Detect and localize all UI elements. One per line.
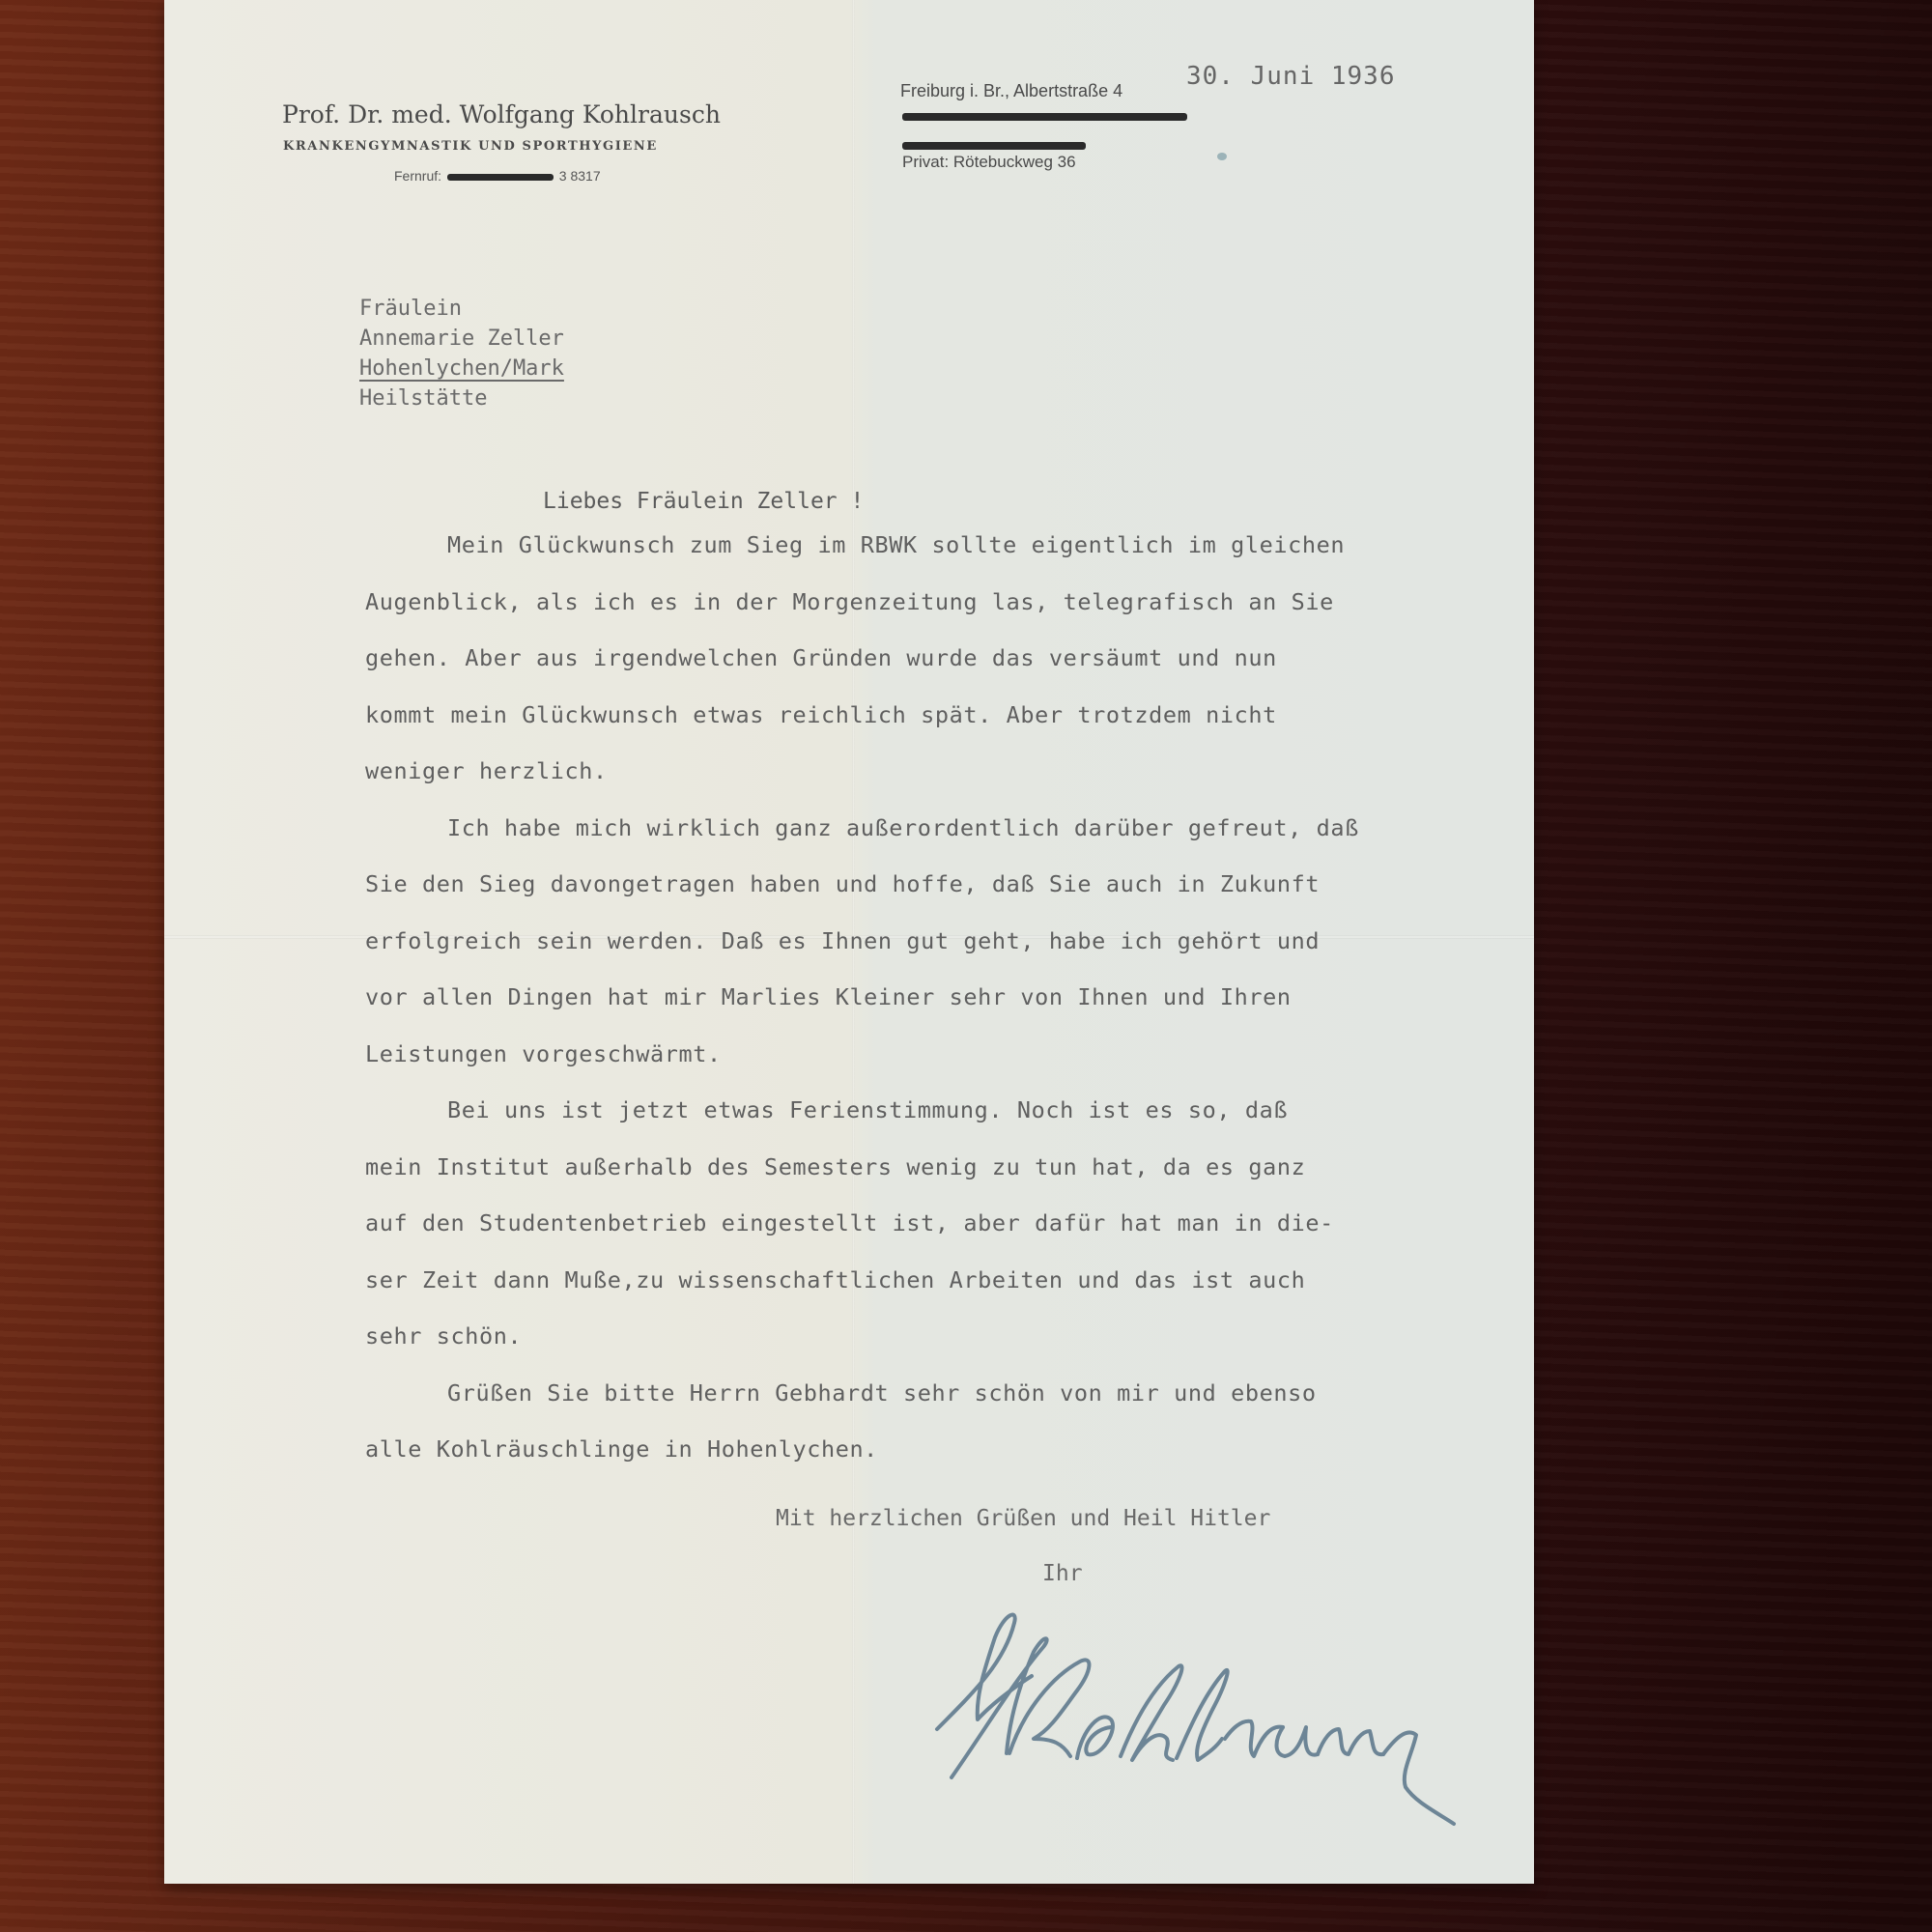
- closing-line: Mit herzlichen Grüßen und Heil Hitler: [776, 1506, 1270, 1531]
- body-line: vor allen Dingen hat mir Marlies Kleiner…: [365, 983, 1292, 1010]
- body-line: Bei uns ist jetzt etwas Ferienstimmung. …: [447, 1096, 1288, 1123]
- letterhead-phone: Fernruf: 3 8317: [394, 168, 601, 184]
- body-line: alle Kohlräuschlinge in Hohenlychen.: [365, 1435, 878, 1463]
- body-line: erfolgreich sein werden. Daß es Ihnen gu…: [365, 927, 1320, 954]
- letterhead-subtitle: KRANKENGYMNASTIK UND SPORTHYGIENE: [283, 139, 658, 154]
- recipient-line: Heilstätte: [359, 384, 564, 413]
- body-line: Mein Glückwunsch zum Sieg im RBWK sollte…: [447, 531, 1345, 558]
- recipient-line: Fräulein: [359, 294, 564, 324]
- redaction-mark: [902, 113, 1187, 121]
- letterhead-private-address: Privat: Rötebuckweg 36: [902, 153, 1076, 172]
- body-line: gehen. Aber aus irgendwelchen Gründen wu…: [365, 644, 1277, 671]
- body-line: ser Zeit dann Muße,zu wissenschaftlichen…: [365, 1266, 1305, 1293]
- recipient-address: Fräulein Annemarie Zeller Hohenlychen/Ma…: [359, 294, 564, 413]
- letterhead-address: Freiburg i. Br., Albertstraße 4: [900, 81, 1122, 101]
- body-line: mein Institut außerhalb des Semesters we…: [365, 1153, 1305, 1180]
- letterhead-name: Prof. Dr. med. Wolfgang Kohlrausch: [282, 100, 721, 128]
- body-line: Sie den Sieg davongetragen haben und hof…: [365, 870, 1320, 897]
- body-line: weniger herzlich.: [365, 757, 608, 784]
- closing-pronoun: Ihr: [1042, 1561, 1083, 1586]
- redaction-mark: [447, 174, 554, 181]
- body-line: Grüßen Sie bitte Herrn Gebhardt sehr sch…: [447, 1379, 1317, 1406]
- recipient-line: Annemarie Zeller: [359, 324, 564, 354]
- ink-spot: [1217, 153, 1227, 160]
- body-line: Augenblick, als ich es in der Morgenzeit…: [365, 588, 1334, 615]
- letter-date: 30. Juni 1936: [1186, 62, 1396, 91]
- phone-label: Fernruf:: [394, 168, 441, 184]
- redaction-mark: [902, 142, 1086, 150]
- phone-number: 3 8317: [559, 168, 601, 184]
- handwritten-signature: [918, 1594, 1536, 1864]
- body-line: sehr schön.: [365, 1322, 522, 1350]
- body-line: auf den Studentenbetrieb eingestellt ist…: [365, 1209, 1334, 1236]
- salutation: Liebes Fräulein Zeller !: [543, 489, 864, 514]
- body-line: Ich habe mich wirklich ganz außerordentl…: [447, 814, 1359, 841]
- body-line: Leistungen vorgeschwärmt.: [365, 1040, 722, 1067]
- recipient-line: Hohenlychen/Mark: [359, 354, 564, 384]
- body-line: kommt mein Glückwunsch etwas reichlich s…: [365, 701, 1277, 728]
